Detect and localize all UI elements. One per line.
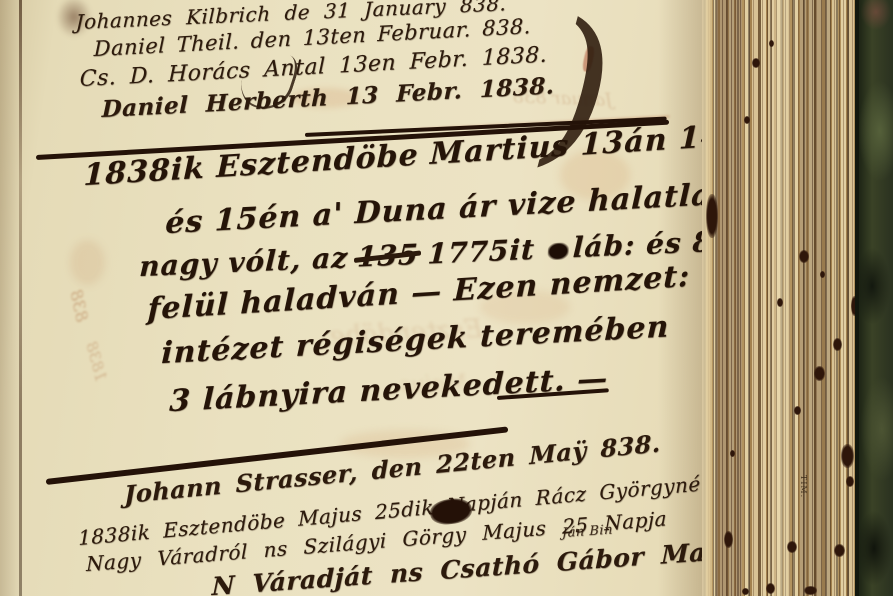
foxing-stain — [70, 240, 105, 285]
ink-spot — [841, 444, 854, 468]
ink-blot — [547, 242, 569, 260]
flood-note-line-6: 3 lábnyira nevekedett. — — [169, 361, 609, 419]
fore-edge-band — [716, 0, 742, 596]
show-through-text: 838 — [65, 288, 91, 324]
ink-spot — [744, 116, 750, 124]
ink-spot — [766, 583, 775, 594]
page-crease-line — [19, 0, 22, 596]
ink-spot — [820, 271, 825, 278]
ink-spot — [706, 194, 718, 238]
ink-spot — [730, 450, 735, 457]
page-edge-mark: TIM. — [799, 475, 808, 498]
ink-spot — [846, 476, 854, 487]
book-cover-edge — [855, 0, 893, 596]
ink-spot — [742, 588, 749, 595]
fore-edge-highlight — [702, 0, 712, 596]
flood-line3-pre: nagy vólt, az — [139, 241, 349, 283]
manuscript-photo: 838 1838 Esztendöbe Januar 838 Majus Joh… — [0, 0, 893, 596]
ink-spot — [833, 338, 842, 351]
ink-spot — [799, 250, 809, 263]
ink-spot — [769, 40, 774, 47]
struck-out-number: 135 — [356, 238, 419, 274]
ink-spot — [777, 298, 783, 307]
page-left-shadow — [0, 0, 19, 596]
ink-spot — [787, 541, 797, 553]
ink-spot — [814, 366, 825, 381]
fore-edge-band — [800, 0, 830, 596]
ink-spot — [752, 58, 760, 68]
ink-spot — [834, 544, 845, 557]
show-through-text: 1838 — [82, 339, 111, 383]
ink-spot — [794, 406, 801, 415]
flood-line3-mid: 1775it — [427, 233, 536, 271]
ink-spot — [724, 531, 733, 548]
ink-spot — [804, 586, 817, 595]
